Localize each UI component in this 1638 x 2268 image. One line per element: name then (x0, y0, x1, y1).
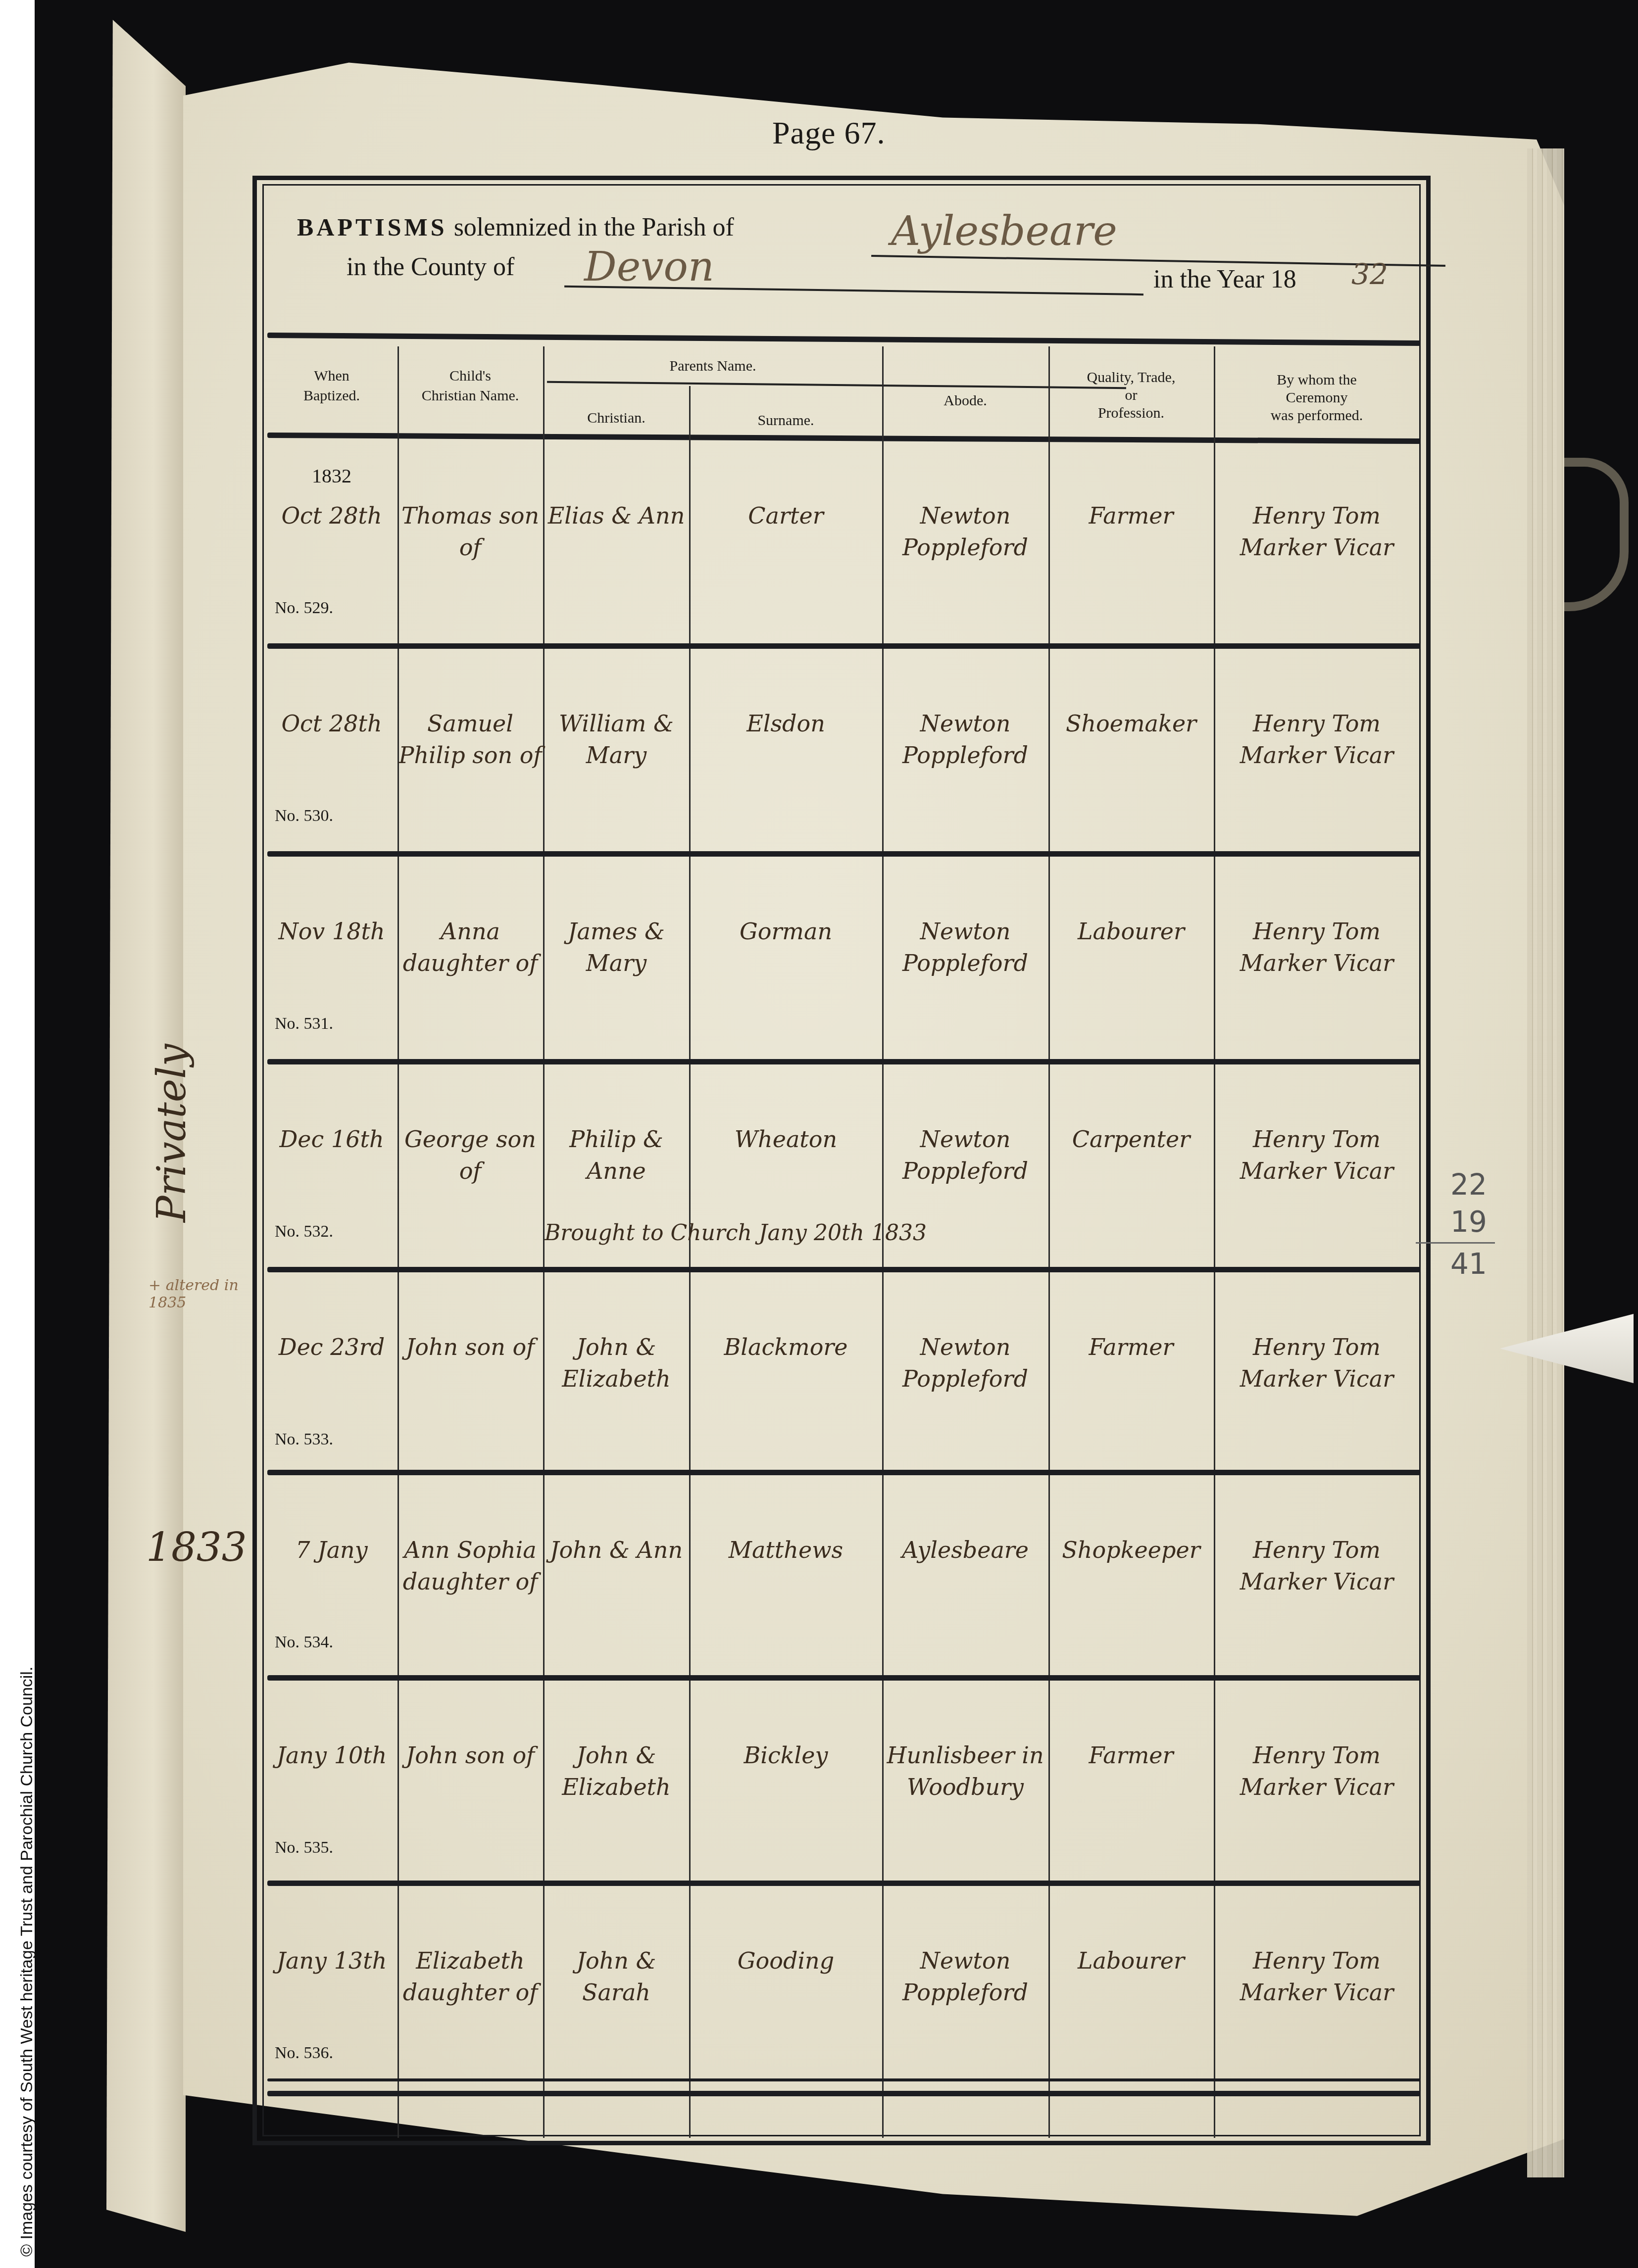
header-parents: Parents Name. (545, 356, 881, 376)
header-child: Child's Christian Name. (398, 366, 542, 406)
entry-minister: Henry Tom Marker Vicar (1215, 1945, 1418, 2008)
entry-date: 7 Jany (267, 1534, 396, 1566)
entry-child: Ann Sophia daughter of (398, 1534, 542, 1597)
entry-abode: Newton Poppleford (884, 916, 1047, 979)
page-stack-edge (1527, 148, 1564, 2177)
header-by-whom-2: Ceremony (1215, 389, 1418, 407)
entry-minister: Henry Tom Marker Vicar (1215, 1123, 1418, 1187)
entry-annotation: Brought to Church Jany 20th 1833 (545, 1217, 1238, 1249)
parish-handwritten: Aylesbeare (891, 208, 1117, 255)
header-child-1: Child's (398, 366, 542, 386)
entry-child: Anna daughter of (398, 916, 542, 979)
entry-child: John son of (398, 1331, 542, 1363)
entry-parents-christian: Elias & Ann (545, 500, 688, 531)
header-by-whom-1: By whom the (1215, 371, 1418, 389)
header-abode: Abode. (884, 391, 1047, 411)
entry-abode: Newton Poppleford (884, 708, 1047, 771)
entry-parents-christian: William & Mary (545, 708, 688, 771)
entry-parents-christian: Philip & Anne (545, 1123, 688, 1187)
entry-parents-christian: John & Ann (545, 1534, 688, 1566)
entry-surname: Blackmore (691, 1331, 881, 1363)
title-caps: BAPTISMS (297, 213, 447, 241)
entry-trade: Labourer (1049, 916, 1213, 947)
page-number: Page 67. (772, 115, 885, 151)
entry-surname: Wheaton (691, 1123, 881, 1155)
year-handwritten: 32 (1351, 257, 1388, 291)
entry-abode: Newton Poppleford (884, 500, 1047, 563)
table-bottom-rule-2 (267, 2091, 1421, 2096)
county-handwritten: Devon (584, 243, 714, 290)
pencil-tally-a: 22 (1450, 1168, 1487, 1202)
pencil-tally-rule (1416, 1242, 1495, 1244)
row-rule (267, 1675, 1421, 1681)
entry-child: Thomas son of (398, 500, 542, 563)
entry-child: Samuel Philip son of (398, 708, 542, 771)
entry-surname: Elsdon (691, 708, 881, 739)
pencil-tally-total: 41 (1450, 1247, 1487, 1281)
entry-date: Jany 13th (267, 1945, 396, 1977)
entry-trade: Farmer (1049, 1331, 1213, 1363)
entry-surname: Carter (691, 500, 881, 531)
entry-date: Dec 23rd (267, 1331, 396, 1363)
entry-abode: Newton Poppleford (884, 1331, 1047, 1395)
header-parents-christian: Christian. (545, 408, 688, 428)
header-when-2: Baptized. (267, 386, 396, 406)
pencil-tally-b: 19 (1450, 1205, 1487, 1239)
entry-number: No. 531. (275, 1014, 333, 1033)
row-rule (267, 1470, 1421, 1475)
entry-number: No. 533. (275, 1430, 333, 1449)
entry-trade: Shopkeeper (1049, 1534, 1213, 1566)
entry-minister: Henry Tom Marker Vicar (1215, 500, 1418, 563)
table-bottom-rule-1 (267, 2078, 1421, 2081)
margin-note-privately: Privately (149, 1044, 195, 1222)
row-rule (267, 1881, 1421, 1886)
row-rule (267, 1059, 1421, 1064)
entry-parents-christian: John & Elizabeth (545, 1739, 688, 1803)
entry-number: No. 530. (275, 807, 333, 825)
header-quality-3: Profession. (1049, 404, 1213, 422)
entry-year-note: 1832 (267, 460, 396, 492)
entry-number: No. 536. (275, 2044, 333, 2063)
header-quality: Quality, Trade, or Profession. (1049, 369, 1213, 422)
title-rest: solemnized in the Parish of (454, 213, 734, 241)
credit-text: © Images courtesy of South West heritage… (17, 1667, 37, 2257)
col-divider-3 (689, 386, 691, 2138)
entry-abode: Newton Poppleford (884, 1123, 1047, 1187)
entry-date: Dec 16th (267, 1123, 396, 1155)
entry-date: Jany 10th (267, 1739, 396, 1771)
entry-surname: Gooding (691, 1945, 881, 1977)
entry-number: No. 529. (275, 599, 333, 618)
title-line-1: BAPTISMS solemnized in the Parish of (297, 213, 734, 242)
margin-note-1833: 1833 (146, 1524, 247, 1570)
entry-child: Elizabeth daughter of (398, 1945, 542, 2008)
entry-parents-christian: James & Mary (545, 916, 688, 979)
year-label: in the Year 18 (1153, 265, 1296, 294)
entry-date: Oct 28th (267, 500, 396, 531)
header-by-whom-3: was performed. (1215, 407, 1418, 425)
entry-parents-christian: John & Elizabeth (545, 1331, 688, 1395)
entry-trade: Labourer (1049, 1945, 1213, 1977)
entry-number: No. 534. (275, 1633, 333, 1652)
entry-number: No. 532. (275, 1222, 333, 1241)
col-divider-1 (397, 346, 399, 2138)
row-rule (267, 851, 1421, 857)
header-quality-2: or (1049, 386, 1213, 404)
entry-date: Nov 18th (267, 916, 396, 947)
header-parents-surname: Surname. (691, 411, 881, 431)
entry-trade: Carpenter (1049, 1123, 1213, 1155)
entry-trade: Farmer (1049, 1739, 1213, 1771)
entry-surname: Bickley (691, 1739, 881, 1771)
entry-minister: Henry Tom Marker Vicar (1215, 708, 1418, 771)
header-when-1: When (267, 366, 396, 386)
header-child-2: Christian Name. (398, 386, 542, 406)
entry-surname: Matthews (691, 1534, 881, 1566)
header-by-whom: By whom the Ceremony was performed. (1215, 371, 1418, 425)
entry-minister: Henry Tom Marker Vicar (1215, 1534, 1418, 1597)
entry-minister: Henry Tom Marker Vicar (1215, 1331, 1418, 1395)
entry-minister: Henry Tom Marker Vicar (1215, 916, 1418, 979)
entry-number: No. 535. (275, 1838, 333, 1857)
row-rule (267, 1267, 1421, 1272)
entry-child: George son of (398, 1123, 542, 1187)
entry-abode: Aylesbeare (884, 1534, 1047, 1566)
entry-trade: Farmer (1049, 500, 1213, 531)
title-line-2: in the County of (347, 252, 514, 282)
ribbon-tie (1564, 458, 1629, 611)
header-when: When Baptized. (267, 366, 396, 406)
entry-child: John son of (398, 1739, 542, 1771)
header-quality-1: Quality, Trade, (1049, 369, 1213, 386)
row-rule (267, 643, 1421, 649)
entry-date: Oct 28th (267, 708, 396, 739)
entry-surname: Gorman (691, 916, 881, 947)
image-credit: © Images courtesy of South West heritage… (0, 0, 35, 2268)
entry-trade: Shoemaker (1049, 708, 1213, 739)
entry-minister: Henry Tom Marker Vicar (1215, 1739, 1418, 1803)
entry-abode: Newton Poppleford (884, 1945, 1047, 2008)
entry-parents-christian: John & Sarah (545, 1945, 688, 2008)
entry-abode: Hunlisbeer in Woodbury (884, 1739, 1047, 1803)
margin-note-altered: + altered in 1835 (149, 1277, 248, 1311)
